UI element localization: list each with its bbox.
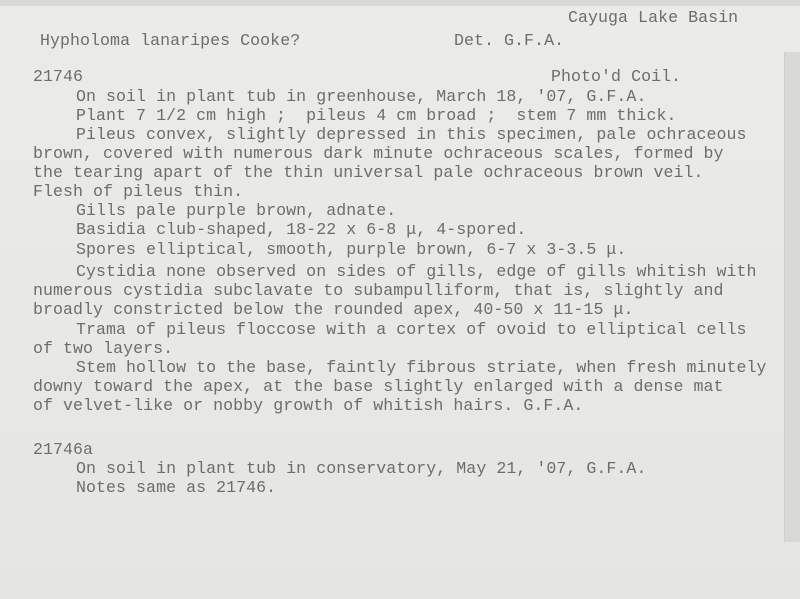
record-line: brown, covered with numerous dark minute… xyxy=(33,144,724,163)
record-line: Spores elliptical, smooth, purple brown,… xyxy=(76,240,626,259)
record-line: Basidia club-shaped, 18-22 x 6-8 μ, 4-sp… xyxy=(76,220,526,239)
record-line: Flesh of pileus thin. xyxy=(33,182,243,201)
record-line: Cystidia none observed on sides of gills… xyxy=(76,262,757,281)
record-line: On soil in plant tub in greenhouse, Marc… xyxy=(76,87,646,106)
record-line: Pileus convex, slightly depressed in thi… xyxy=(76,125,747,144)
record-line: On soil in plant tub in conservatory, Ma… xyxy=(76,459,646,478)
record-line: Notes same as 21746. xyxy=(76,478,276,497)
region-label: Cayuga Lake Basin xyxy=(568,8,738,27)
determination: Det. G.F.A. xyxy=(454,31,564,50)
record-line: the tearing apart of the thin universal … xyxy=(33,163,704,182)
record-line: Plant 7 1/2 cm high ; pileus 4 cm broad … xyxy=(76,106,676,125)
record-line: Gills pale purple brown, adnate. xyxy=(76,201,396,220)
photo-note: Photo'd Coil. xyxy=(551,67,681,86)
record-line: broadly constricted below the rounded ap… xyxy=(33,300,633,319)
record-line: Trama of pileus floccose with a cortex o… xyxy=(76,320,747,339)
record-line: numerous cystidia subclavate to subampul… xyxy=(33,281,724,300)
species-name: Hypholoma lanaripes Cooke? xyxy=(40,31,300,50)
record-number: 21746a xyxy=(33,440,93,459)
record-number: 21746 xyxy=(33,67,83,86)
record-line: downy toward the apex, at the base sligh… xyxy=(33,377,724,396)
record-line: of velvet-like or nobby growth of whitis… xyxy=(33,396,583,415)
record-line: Stem hollow to the base, faintly fibrous… xyxy=(76,358,767,377)
card-right-edge xyxy=(784,52,800,542)
record-line: of two layers. xyxy=(33,339,173,358)
